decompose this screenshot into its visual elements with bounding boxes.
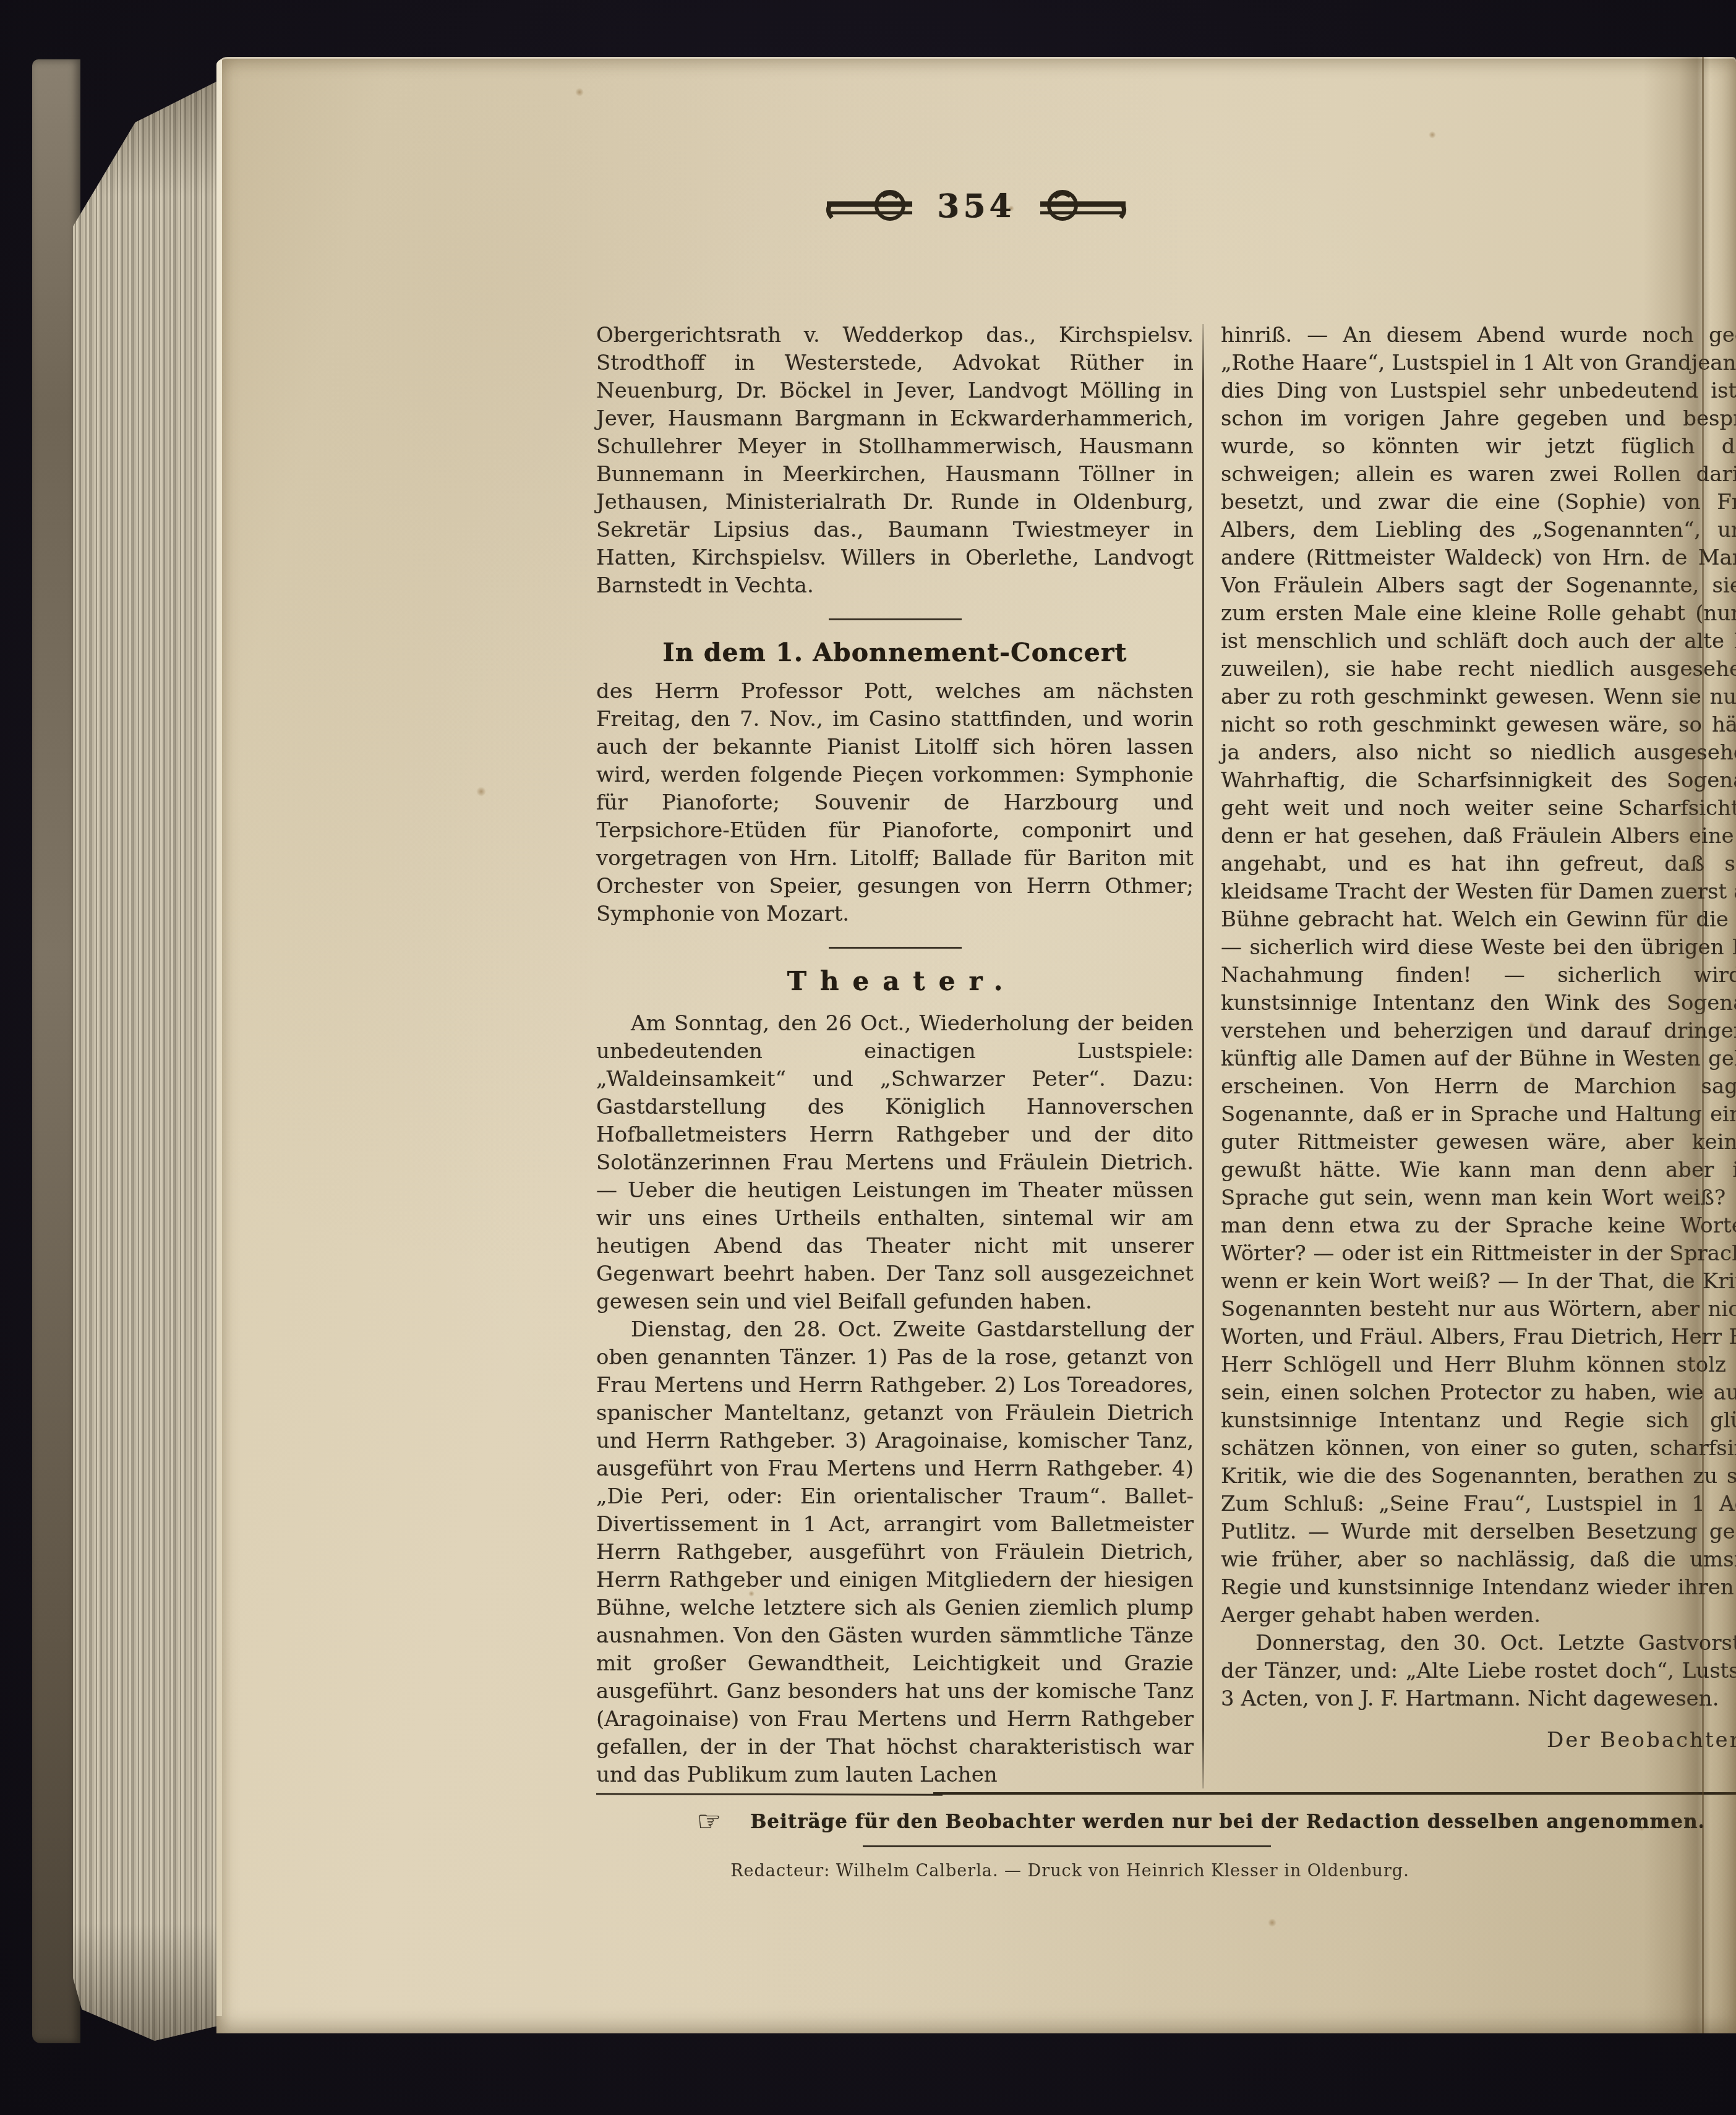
foxing-spot bbox=[575, 88, 584, 96]
footer-notice: ☞ Beiträge für den Beobachter werden nur… bbox=[596, 1811, 1736, 1833]
paragraph: Obergerichtsrath v. Wedderkop das., Kirc… bbox=[596, 322, 1194, 600]
foxing-spot bbox=[476, 787, 486, 797]
footer-notice-text: Beiträge für den Beobachter werden nur b… bbox=[750, 1811, 1705, 1833]
heading-abonnement-concert: In dem 1. Abonnement-Concert bbox=[596, 639, 1194, 667]
paragraph: Am Sonntag, den 26 Oct., Wiederholung de… bbox=[596, 1010, 1194, 1316]
pointing-hand-icon: ☞ bbox=[697, 1813, 722, 1831]
page-number: 354 bbox=[937, 187, 1016, 225]
footer-rule bbox=[596, 1792, 1736, 1795]
footer-imprint: Redacteur: Wilhelm Calberla. — Druck von… bbox=[513, 1861, 1627, 1881]
page-number-ornament-right-icon bbox=[1037, 186, 1129, 226]
foxing-spot bbox=[1429, 131, 1436, 139]
paragraph: Dienstag, den 28. Oct. Zweite Gastdarste… bbox=[596, 1316, 1194, 1789]
book-scan: { "masthead": { "page_number": "354" }, … bbox=[0, 0, 1736, 2115]
gutter-shadow bbox=[1643, 57, 1736, 2033]
page-fore-edge-highlight bbox=[216, 59, 222, 2016]
heading-theater: Theater. bbox=[596, 967, 1194, 995]
footer-divider-rule bbox=[863, 1845, 1271, 1847]
paragraph: des Herrn Professor Pott, welches am näc… bbox=[596, 678, 1194, 928]
page-number-ornament-left-icon bbox=[823, 186, 916, 226]
section-divider-rule bbox=[829, 947, 962, 949]
foxing-spot bbox=[1268, 1918, 1276, 1927]
column-divider-rule bbox=[1202, 324, 1204, 1788]
section-divider-rule bbox=[829, 618, 962, 620]
left-column: Obergerichtsrath v. Wedderkop das., Kirc… bbox=[596, 322, 1194, 1789]
page-stack-fore-edge bbox=[73, 79, 221, 2041]
page: 354 Obergerichtsrath v. Wedderkop das., … bbox=[216, 57, 1736, 2033]
masthead: 354 bbox=[216, 186, 1736, 226]
page-crease bbox=[1702, 57, 1704, 2033]
